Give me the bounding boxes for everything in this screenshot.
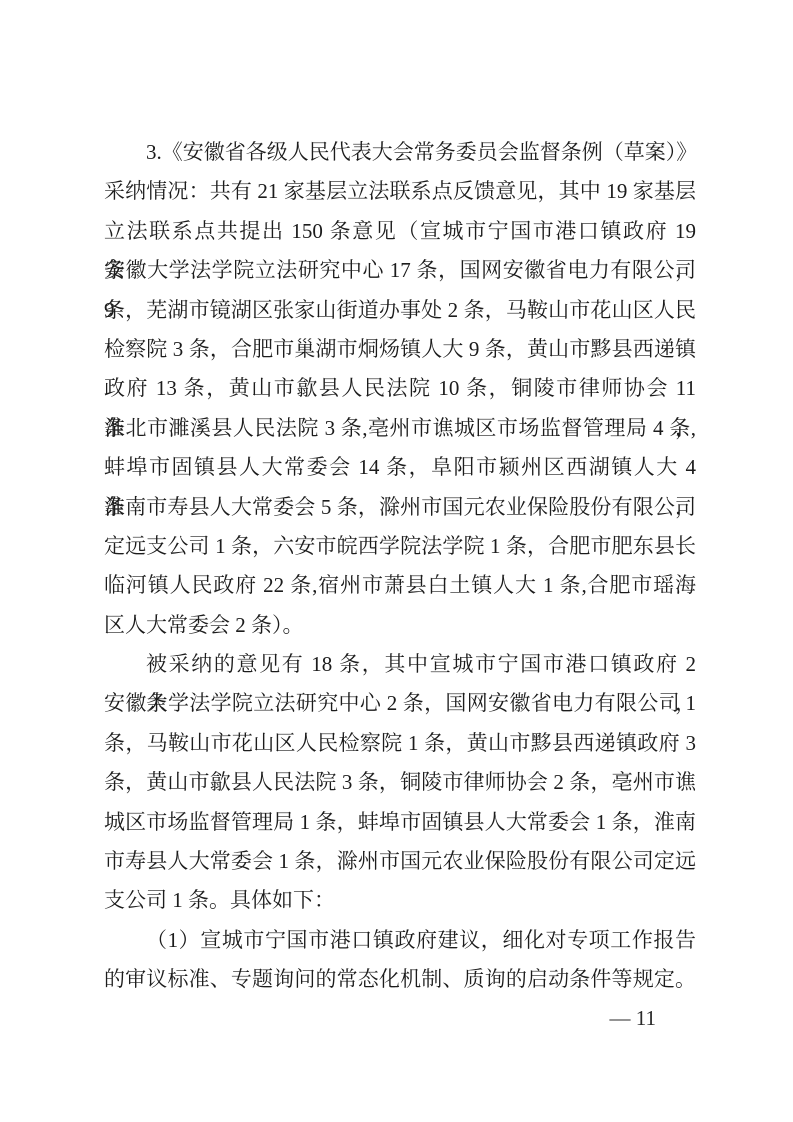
line-segment: 检察院 3 条，合肥市巢湖市 bbox=[104, 337, 358, 361]
body-line: 临河镇人民政府 22 条,宿州市萧县白土镇人大 1 条,合肥市瑶海 bbox=[104, 566, 696, 605]
body-line: 淮北市濉溪县人民法院 3 条,亳州市谯城区市场监督管理局 4 条, bbox=[104, 409, 696, 448]
body-line: 立法联系点共提出 150 条意见（宣城市宁国市港口镇政府 19 条， bbox=[104, 212, 696, 251]
body-line-paragraph-end: 支公司 1 条。具体如下： bbox=[104, 881, 696, 920]
body-line: 3.《安徽省各级人民代表大会常务委员会监督条例（草案）》 bbox=[104, 133, 696, 172]
body-line-paragraph-end: 区人大常委会 2 条）。 bbox=[104, 606, 696, 645]
body-line: 蚌埠市固镇县人大常委会 14 条，阜阳市颍州区西湖镇人大 4 条， bbox=[104, 448, 696, 487]
paragraph-item-1-detail: （1）宣城市宁国市港口镇政府建议，细化对专项工作报告 的审议标准、专题询问的常态… bbox=[104, 921, 696, 1000]
body-line: 政府 13 条，黄山市歙县人民法院 10 条，铜陵市律师协会 11 条， bbox=[104, 369, 696, 408]
line-segment: 炀镇人大 9 条，黄山市黟县西递镇 bbox=[379, 337, 696, 361]
document-page: 3.《安徽省各级人民代表大会常务委员会监督条例（草案）》 采纳情况：共有 21 … bbox=[0, 0, 793, 1122]
body-line: 市寿县人大常委会 1 条，滁州市国元农业保险股份有限公司定远 bbox=[104, 842, 696, 881]
text-block: 3.《安徽省各级人民代表大会常务委员会监督条例（草案）》 采纳情况：共有 21 … bbox=[104, 133, 696, 1000]
body-line: 安徽大学法学院立法研究中心 2 条，国网安徽省电力有限公司 1 bbox=[104, 684, 696, 723]
body-line: 的审议标准、专题询问的常态化机制、质询的启动条件等规定。 bbox=[104, 960, 696, 999]
body-line: 条，黄山市歙县人民法院 3 条，铜陵市律师协会 2 条，亳州市谯 bbox=[104, 763, 696, 802]
body-line: 定远支公司 1 条，六安市皖西学院法学院 1 条，合肥市肥东县长 bbox=[104, 527, 696, 566]
page-number: — 11 bbox=[104, 999, 656, 1038]
body-line: 采纳情况：共有 21 家基层立法联系点反馈意见，其中 19 家基层 bbox=[104, 172, 696, 211]
body-line: 安徽大学法学院立法研究中心 17 条，国网安徽省电力有限公司 9 bbox=[104, 251, 696, 290]
paragraph-adopted-opinions: 被采纳的意见有 18 条，其中宣城市宁国市港口镇政府 2 条， 安徽大学法学院立… bbox=[104, 645, 696, 921]
body-line: 被采纳的意见有 18 条，其中宣城市宁国市港口镇政府 2 条， bbox=[104, 645, 696, 684]
body-line-with-variant-glyph: 检察院 3 条，合肥市巢湖市烔炀镇人大 9 条，黄山市黟县西递镇 bbox=[104, 330, 696, 369]
variant-font-glyph: 烔 bbox=[358, 337, 379, 361]
body-line: 条，芜湖市镜湖区张家山街道办事处 2 条，马鞍山市花山区人民 bbox=[104, 291, 696, 330]
body-line: （1）宣城市宁国市港口镇政府建议，细化对专项工作报告 bbox=[104, 921, 696, 960]
paragraph-feedback-overview: 3.《安徽省各级人民代表大会常务委员会监督条例（草案）》 采纳情况：共有 21 … bbox=[104, 133, 696, 645]
body-line: 淮南市寿县人大常委会 5 条，滁州市国元农业保险股份有限公司 bbox=[104, 488, 696, 527]
body-line: 条，马鞍山市花山区人民检察院 1 条，黄山市黟县西递镇政府 3 bbox=[104, 724, 696, 763]
body-line: 城区市场监督管理局 1 条，蚌埠市固镇县人大常委会 1 条，淮南 bbox=[104, 803, 696, 842]
